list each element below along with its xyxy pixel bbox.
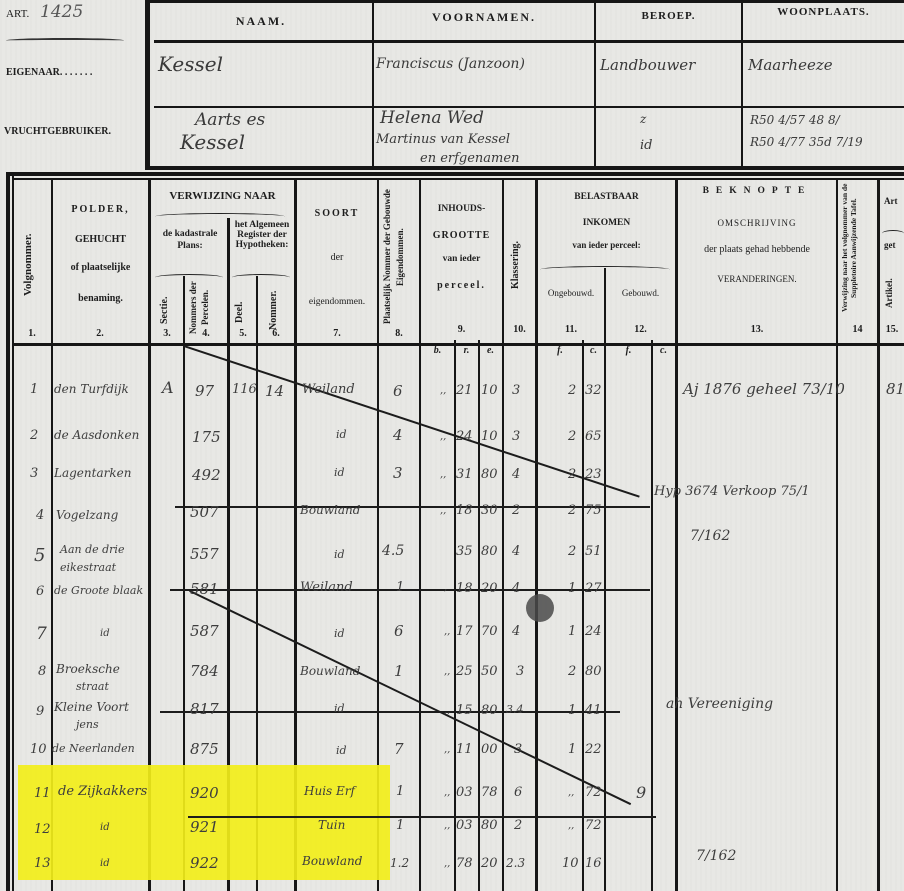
row1-deel: 116 bbox=[232, 382, 257, 397]
row12-b: ,, bbox=[444, 820, 450, 831]
row10-plaatselijk: 7 bbox=[394, 740, 404, 758]
row2-b: ,, bbox=[440, 431, 446, 442]
row12-r: 03 bbox=[456, 818, 473, 833]
row13-b: ,, bbox=[444, 858, 450, 869]
row11-ong-c: 72 bbox=[585, 785, 602, 800]
row13-nr: 13 bbox=[34, 856, 51, 871]
row1-sectie: A bbox=[162, 378, 174, 397]
row13-r: 78 bbox=[456, 856, 473, 871]
row9-soort: id bbox=[334, 702, 345, 715]
header-inhouds: INHOUDS- bbox=[421, 204, 502, 214]
row12-plaatselijk: 1 bbox=[396, 818, 404, 833]
row8-klasse: 3 bbox=[516, 664, 524, 679]
table-top-inner-border bbox=[12, 178, 904, 180]
row4-verandering: Hyp 3674 Verkoop 75/1 bbox=[654, 484, 810, 499]
row2-plaatselijk: 4 bbox=[393, 426, 403, 444]
row12-klasse: 2 bbox=[514, 818, 522, 833]
vrucht-naam-2: Kessel bbox=[180, 130, 245, 154]
row6-klasse: 4 bbox=[512, 581, 520, 596]
row4-benaming: Vogelzang bbox=[56, 508, 118, 522]
eigenaar-naam: Kessel bbox=[158, 52, 223, 76]
row9-klasse: 3.4 bbox=[506, 703, 524, 716]
header-c15-mid: get bbox=[884, 240, 896, 250]
row9-verandering: ah Vereeniging bbox=[666, 696, 773, 712]
header-belastbaar: BELASTBAAR bbox=[538, 192, 675, 202]
row11-nr: 11 bbox=[34, 786, 51, 801]
header-plaatselijke: of plaatselijke bbox=[53, 262, 148, 273]
row1-klasse: 3 bbox=[512, 383, 520, 398]
row1-ong-f: 2 bbox=[568, 383, 576, 398]
strike-horizontal-row-9 bbox=[160, 711, 620, 713]
div-c9r bbox=[478, 340, 480, 891]
row3-soort: id bbox=[334, 466, 345, 479]
row13-klasse: 2.3 bbox=[506, 856, 525, 870]
div-c12f bbox=[651, 340, 653, 891]
row13-perceel: 922 bbox=[190, 854, 219, 872]
row13-soort: Bouwland bbox=[302, 854, 362, 868]
row3-nr: 3 bbox=[30, 466, 38, 481]
row5-soort: id bbox=[334, 548, 345, 561]
row6-nr: 6 bbox=[36, 584, 44, 599]
div-c9 bbox=[502, 178, 504, 891]
header-soort: SOORT bbox=[297, 208, 377, 219]
div-c11f bbox=[582, 340, 584, 891]
row6-r: 18 bbox=[456, 581, 473, 596]
vrucht-woonplaats-1: R50 4/57 48 8/ bbox=[750, 113, 840, 127]
colnum-9: 9. bbox=[421, 324, 502, 335]
row11-r: 03 bbox=[456, 785, 473, 800]
vruchtgebruiker-label: VRUCHTGEBRUIKER. bbox=[4, 126, 111, 137]
header-benaming: benaming. bbox=[53, 293, 148, 304]
row9-benaming: Kleine Voort bbox=[54, 700, 129, 714]
sub-c1: c. bbox=[583, 345, 604, 356]
row1-ong-c: 32 bbox=[585, 383, 602, 398]
row10-ong-f: 1 bbox=[568, 742, 576, 757]
row10-perceel: 875 bbox=[190, 740, 219, 758]
row5-nr: 5 bbox=[34, 545, 45, 566]
row1-nr: 1 bbox=[30, 382, 38, 397]
row12-nr: 12 bbox=[34, 822, 51, 837]
header-omschrijving: OMSCHRIJVING bbox=[678, 218, 836, 228]
row11-benaming: de Zijkakkers bbox=[58, 784, 147, 799]
header-van-ieder-perceel: van ieder perceel: bbox=[538, 240, 675, 250]
colnum-11: 11. bbox=[538, 324, 604, 335]
row7-e: 70 bbox=[481, 624, 498, 639]
colnum-3: 3. bbox=[151, 328, 183, 339]
header-veranderingen: VERANDERINGEN. bbox=[678, 274, 836, 284]
colnum-4: 4. bbox=[185, 328, 227, 339]
row11-perceel: 920 bbox=[190, 784, 219, 802]
row2-ong-c: 65 bbox=[585, 429, 602, 444]
vrucht-woonplaats-2: R50 4/77 35d 7/19 bbox=[750, 135, 863, 149]
row6-e: 20 bbox=[481, 581, 498, 596]
row2-nr: 2 bbox=[30, 428, 38, 443]
row6-b: , bbox=[444, 582, 447, 593]
row4-klasse: 2 bbox=[512, 503, 520, 518]
header-van-ieder: van ieder bbox=[421, 254, 502, 264]
colnum-7: 7. bbox=[297, 328, 377, 339]
row8-perceel: 784 bbox=[190, 662, 219, 680]
row1-nommer: 14 bbox=[265, 382, 284, 400]
div-c13 bbox=[836, 178, 838, 891]
row12-e: 80 bbox=[481, 818, 498, 833]
col-beroep: BEROEP. bbox=[596, 10, 741, 22]
row2-klasse: 3 bbox=[512, 429, 520, 444]
row6-benaming: de Groote blaak bbox=[54, 584, 143, 597]
row5-verandering: 7/162 bbox=[690, 528, 730, 544]
row9-nr: 9 bbox=[36, 704, 44, 719]
div-c9b bbox=[454, 340, 456, 891]
row3-ong-c: 23 bbox=[585, 467, 602, 482]
header-nommers-percelen: Nommers der Percelen. bbox=[187, 280, 225, 335]
row2-e: 10 bbox=[481, 429, 498, 444]
eigenaar-label: EIGENAAR. . . . . . . bbox=[6, 67, 92, 78]
row8-plaatselijk: 1 bbox=[394, 662, 404, 680]
header-eigendommen: eigendommen. bbox=[297, 297, 377, 307]
table-top-border bbox=[6, 172, 904, 176]
art-number: 1425 bbox=[40, 2, 83, 22]
row3-plaatselijk: 3 bbox=[393, 464, 403, 482]
row7-nr: 7 bbox=[36, 624, 47, 644]
sub-f2: f. bbox=[606, 345, 651, 356]
header-perceel: perceel. bbox=[421, 280, 502, 291]
register-page: ART. 1425 EIGENAAR. . . . . . . VRUCHTGE… bbox=[0, 0, 904, 891]
col-voornamen: VOORNAMEN. bbox=[374, 10, 594, 25]
row2-r: 24 bbox=[456, 429, 473, 444]
row7-plaatselijk: 6 bbox=[394, 622, 404, 640]
row11-geb-f: 9 bbox=[636, 783, 646, 802]
row5-perceel: 557 bbox=[190, 545, 219, 563]
row5-klasse: 4 bbox=[512, 544, 520, 559]
vrucht-naam-1: Aarts es bbox=[195, 110, 265, 130]
row6-soort: Weiland bbox=[300, 580, 353, 595]
row10-klasse: 3 bbox=[514, 742, 522, 757]
row10-b: ,, bbox=[444, 744, 450, 755]
sub-e: e. bbox=[479, 345, 502, 356]
row3-ong-f: 2 bbox=[568, 467, 576, 482]
row2-soort: id bbox=[336, 428, 347, 441]
row7-benaming: id bbox=[100, 628, 110, 639]
row1-artikel: 81 bbox=[886, 380, 904, 398]
row8-e: 50 bbox=[481, 664, 498, 679]
div-c11 bbox=[604, 268, 606, 891]
div-c14 bbox=[877, 178, 880, 891]
art-label: ART. bbox=[6, 8, 29, 20]
col-naam: NAAM. bbox=[150, 14, 372, 29]
row7-r: 17 bbox=[456, 624, 473, 639]
row4-b: ,, bbox=[440, 505, 446, 516]
row2-ong-f: 2 bbox=[568, 429, 576, 444]
colnum-10: 10. bbox=[504, 324, 535, 335]
row5-e: 80 bbox=[481, 544, 498, 559]
top-bottom-rule bbox=[150, 166, 904, 170]
row13-benaming: id bbox=[100, 858, 110, 869]
row9-perceel: 817 bbox=[190, 700, 219, 718]
header-klassering: Klassering. bbox=[510, 230, 521, 300]
vrucht-voornamen-1: Helena Wed bbox=[380, 108, 484, 128]
row11-ong-f: ,, bbox=[568, 787, 574, 798]
header-verwijzing: VERWIJZING NAAR bbox=[151, 190, 294, 202]
row12-ong-c: 72 bbox=[585, 818, 602, 833]
colnum-14: 14 bbox=[838, 324, 877, 335]
row12-benaming: id bbox=[100, 822, 110, 833]
row9-e: 80 bbox=[481, 703, 498, 718]
header-plaatselijk-nommer: Plaatselijk Nommer der Gebouwde Eigendom… bbox=[381, 178, 417, 336]
row13-verandering: 7/162 bbox=[696, 848, 736, 864]
row11-b: ,, bbox=[444, 787, 450, 798]
row1-perceel: 97 bbox=[195, 382, 214, 400]
row5-ong-c: 51 bbox=[585, 544, 602, 559]
table-left-inner-border bbox=[12, 176, 14, 891]
row4-e: 30 bbox=[481, 503, 498, 518]
top-divider-2 bbox=[594, 0, 596, 168]
row11-e: 78 bbox=[481, 785, 498, 800]
c15-brace bbox=[882, 230, 904, 237]
row1-benaming: den Turfdijk bbox=[54, 382, 129, 396]
row9-b: ,, bbox=[444, 705, 450, 716]
vrucht-beroep-1: z bbox=[640, 112, 646, 126]
row9-benaming2: jens bbox=[76, 718, 99, 731]
div-c12 bbox=[675, 178, 678, 891]
row12-soort: Tuin bbox=[318, 818, 345, 832]
row7-ong-f: 1 bbox=[568, 624, 576, 639]
colnum-1: 1. bbox=[13, 328, 51, 339]
row1-r: 21 bbox=[456, 383, 473, 398]
row3-klasse: 4 bbox=[512, 467, 520, 482]
row7-perceel: 587 bbox=[190, 622, 219, 640]
row10-soort: id bbox=[336, 744, 347, 757]
strike-horizontal-row-6 bbox=[170, 589, 650, 591]
header-der: der bbox=[297, 252, 377, 263]
eigenaar-voornamen: Franciscus (Janzoon) bbox=[376, 56, 525, 72]
header-inkomen: INKOMEN bbox=[538, 218, 675, 228]
header-beknopte: BEKNOPTE bbox=[678, 186, 836, 196]
sub-b: b. bbox=[421, 345, 454, 356]
row1-e: 10 bbox=[481, 383, 498, 398]
header-verwijzing-volgnommer: Verwijzing naar het volgnommer van de Su… bbox=[840, 178, 875, 318]
top-mid-rule bbox=[154, 106, 904, 108]
colnum-12: 12. bbox=[606, 324, 675, 335]
header-c15-top: Art bbox=[884, 196, 898, 206]
vrucht-beroep-2: id bbox=[640, 138, 652, 153]
row10-e: 00 bbox=[481, 742, 498, 757]
div-c10 bbox=[535, 178, 538, 891]
eigenaar-beroep: Landbouwer bbox=[600, 56, 695, 74]
colnum-2: 2. bbox=[52, 328, 148, 339]
row11-plaatselijk: 1 bbox=[396, 784, 404, 799]
row5-ong-f: 2 bbox=[568, 544, 576, 559]
eigenaar-woonplaats: Maarheeze bbox=[748, 56, 833, 74]
row8-benaming: Broeksche bbox=[56, 662, 120, 676]
colnum-15: 15. bbox=[880, 324, 904, 335]
verwijzing-brace bbox=[155, 213, 285, 220]
vrucht-voornamen-3: en erfgenamen bbox=[420, 151, 519, 166]
row5-r: 35 bbox=[456, 544, 473, 559]
colnum-5: 5. bbox=[230, 328, 256, 339]
row7-b: ,, bbox=[444, 626, 450, 637]
row3-r: 31 bbox=[456, 467, 473, 482]
row10-ong-c: 22 bbox=[585, 742, 602, 757]
row3-e: 80 bbox=[481, 467, 498, 482]
row3-b: ,, bbox=[440, 469, 446, 480]
row6-plaatselijk: 1 bbox=[396, 580, 404, 595]
row10-benaming: de Neerlanden bbox=[52, 742, 135, 755]
top-divider-3 bbox=[741, 0, 743, 168]
top-header-rule bbox=[154, 40, 904, 43]
row13-plaatselijk: 1.2 bbox=[390, 856, 409, 870]
row7-ong-c: 24 bbox=[585, 624, 602, 639]
row1-soort: Weiland bbox=[302, 382, 355, 397]
inkomen-brace bbox=[540, 266, 670, 273]
row7-klasse: 4 bbox=[512, 624, 520, 639]
row4-ong-f: 2 bbox=[568, 503, 576, 518]
header-hypotheken: het Algemeen Register der Hypotheken: bbox=[229, 220, 295, 250]
row6-ong-f: 1 bbox=[568, 581, 576, 596]
row3-perceel: 492 bbox=[192, 466, 221, 484]
row3-benaming: Lagentarken bbox=[54, 466, 131, 480]
row5-benaming2: eikestraat bbox=[60, 561, 116, 574]
row1-b: ,, bbox=[440, 385, 446, 396]
row12-ong-f: ,, bbox=[568, 820, 574, 831]
colnum-6: 6. bbox=[258, 328, 294, 339]
row10-nr: 10 bbox=[30, 742, 47, 757]
row13-ong-c: 16 bbox=[585, 856, 602, 871]
row10-r: 11 bbox=[456, 742, 473, 757]
row5-plaatselijk: 4.5 bbox=[382, 543, 404, 559]
row8-nr: 8 bbox=[38, 664, 46, 679]
colnum-13: 13. bbox=[678, 324, 836, 335]
strike-horizontal-row-4 bbox=[175, 506, 650, 508]
row9-ong-c: 41 bbox=[585, 703, 602, 718]
row8-soort: Bouwland bbox=[300, 664, 360, 678]
row7-soort: id bbox=[334, 627, 345, 640]
header-plaats-gehad: der plaats gehad hebbende bbox=[678, 244, 836, 255]
row8-ong-c: 80 bbox=[585, 664, 602, 679]
row5-benaming: Aan de drie bbox=[60, 543, 124, 556]
col-woonplaats: WOONPLAATS. bbox=[743, 6, 904, 18]
header-artikel: Artikel. bbox=[884, 268, 894, 318]
header-gebouwd: Gebouwd. bbox=[606, 288, 675, 298]
header-grootte: GROOTTE bbox=[421, 230, 502, 241]
row8-ong-f: 2 bbox=[568, 664, 576, 679]
sub-c2: c. bbox=[652, 345, 675, 356]
top-border bbox=[150, 0, 904, 3]
row6-ong-c: 27 bbox=[585, 581, 602, 596]
row11-klasse: 6 bbox=[514, 785, 522, 800]
hypotheken-brace bbox=[232, 274, 290, 281]
colnum-8: 8. bbox=[379, 328, 419, 339]
row13-e: 20 bbox=[481, 856, 498, 871]
header-ongebouwd: Ongebouwd. bbox=[538, 288, 604, 298]
row8-benaming2: straat bbox=[76, 680, 109, 693]
row2-perceel: 175 bbox=[192, 428, 221, 446]
row9-ong-f: 1 bbox=[568, 703, 576, 718]
vrucht-voornamen-2: Martinus van Kessel bbox=[376, 132, 510, 147]
top-divider-1 bbox=[372, 0, 374, 168]
row4-r: 18 bbox=[456, 503, 473, 518]
table-left-border bbox=[6, 172, 10, 891]
row9-r: 15 bbox=[456, 703, 473, 718]
row6-perceel: 581 bbox=[190, 580, 219, 598]
header-gehucht: GEHUCHT bbox=[53, 234, 148, 245]
row1-plaatselijk: 6 bbox=[393, 382, 403, 400]
row2-benaming: de Aasdonken bbox=[54, 428, 139, 442]
sub-r: r. bbox=[455, 345, 478, 356]
row12-perceel: 921 bbox=[190, 818, 219, 836]
header-kadastrale: de kadastrale Plans: bbox=[153, 228, 227, 252]
row8-r: 25 bbox=[456, 664, 473, 679]
row4-ong-c: 75 bbox=[585, 503, 602, 518]
header-polder: POLDER, bbox=[53, 204, 148, 215]
row11-soort: Huis Erf bbox=[304, 784, 355, 798]
row13-ong-f: 10 bbox=[562, 856, 579, 871]
row4-nr: 4 bbox=[36, 508, 44, 523]
row1-verandering: Aj 1876 geheel 73/10 bbox=[683, 380, 845, 398]
row4-perceel: 507 bbox=[190, 503, 219, 521]
sub-f1: f. bbox=[538, 345, 582, 356]
row4-soort: Bouwland bbox=[300, 503, 360, 517]
art-flourish bbox=[6, 38, 124, 43]
row8-b: ,, bbox=[444, 666, 450, 677]
header-volgnommer: Volgnommer. bbox=[22, 200, 34, 330]
ink-blot bbox=[526, 594, 554, 622]
